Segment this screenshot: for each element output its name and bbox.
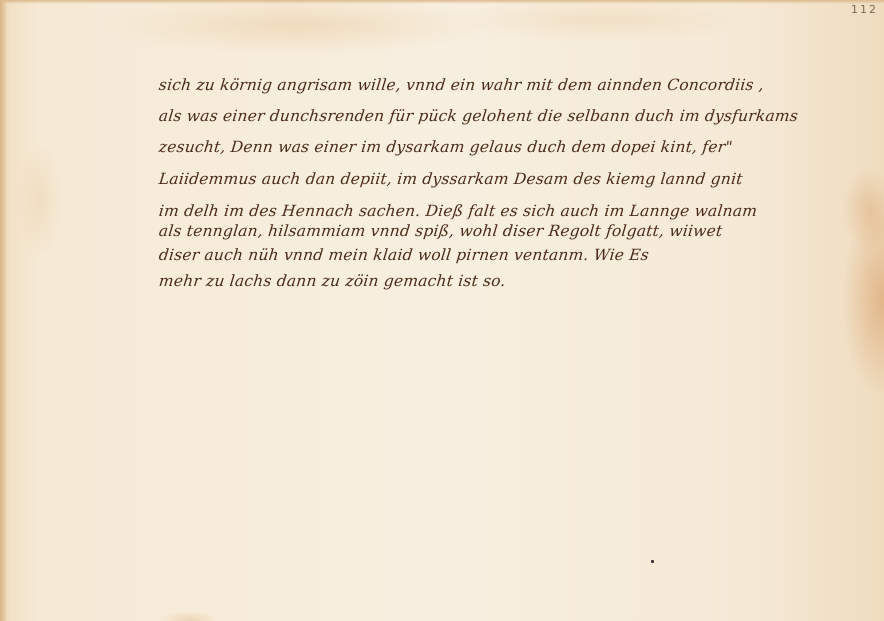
manuscript-line-5: im delh im des Hennach sachen. Dieß falt… xyxy=(158,202,758,220)
manuscript-line-7: diser auch nüh vnnd mein klaid woll pirn… xyxy=(158,246,650,264)
folio-number: 112 xyxy=(851,3,878,16)
page-top-edge xyxy=(0,0,884,4)
manuscript-line-4: Laiidemmus auch dan depiit, im dyssarkam… xyxy=(158,170,744,188)
page-left-edge xyxy=(0,0,6,621)
paper-speck xyxy=(651,560,654,563)
manuscript-line-6: als tennglan, hilsammiam vnnd spiß, wohl… xyxy=(158,222,723,240)
manuscript-line-8: mehr zu lachs dann zu zöin gemacht ist s… xyxy=(158,272,507,290)
manuscript-page: 112 sich zu körnig angrisam wille, vnnd … xyxy=(0,0,884,621)
manuscript-line-1: sich zu körnig angrisam wille, vnnd ein … xyxy=(158,76,765,94)
manuscript-line-2: als was einer dunchsrenden für pück gelo… xyxy=(158,107,799,125)
manuscript-line-3: zesucht, Denn was einer im dysarkam gela… xyxy=(158,138,734,156)
